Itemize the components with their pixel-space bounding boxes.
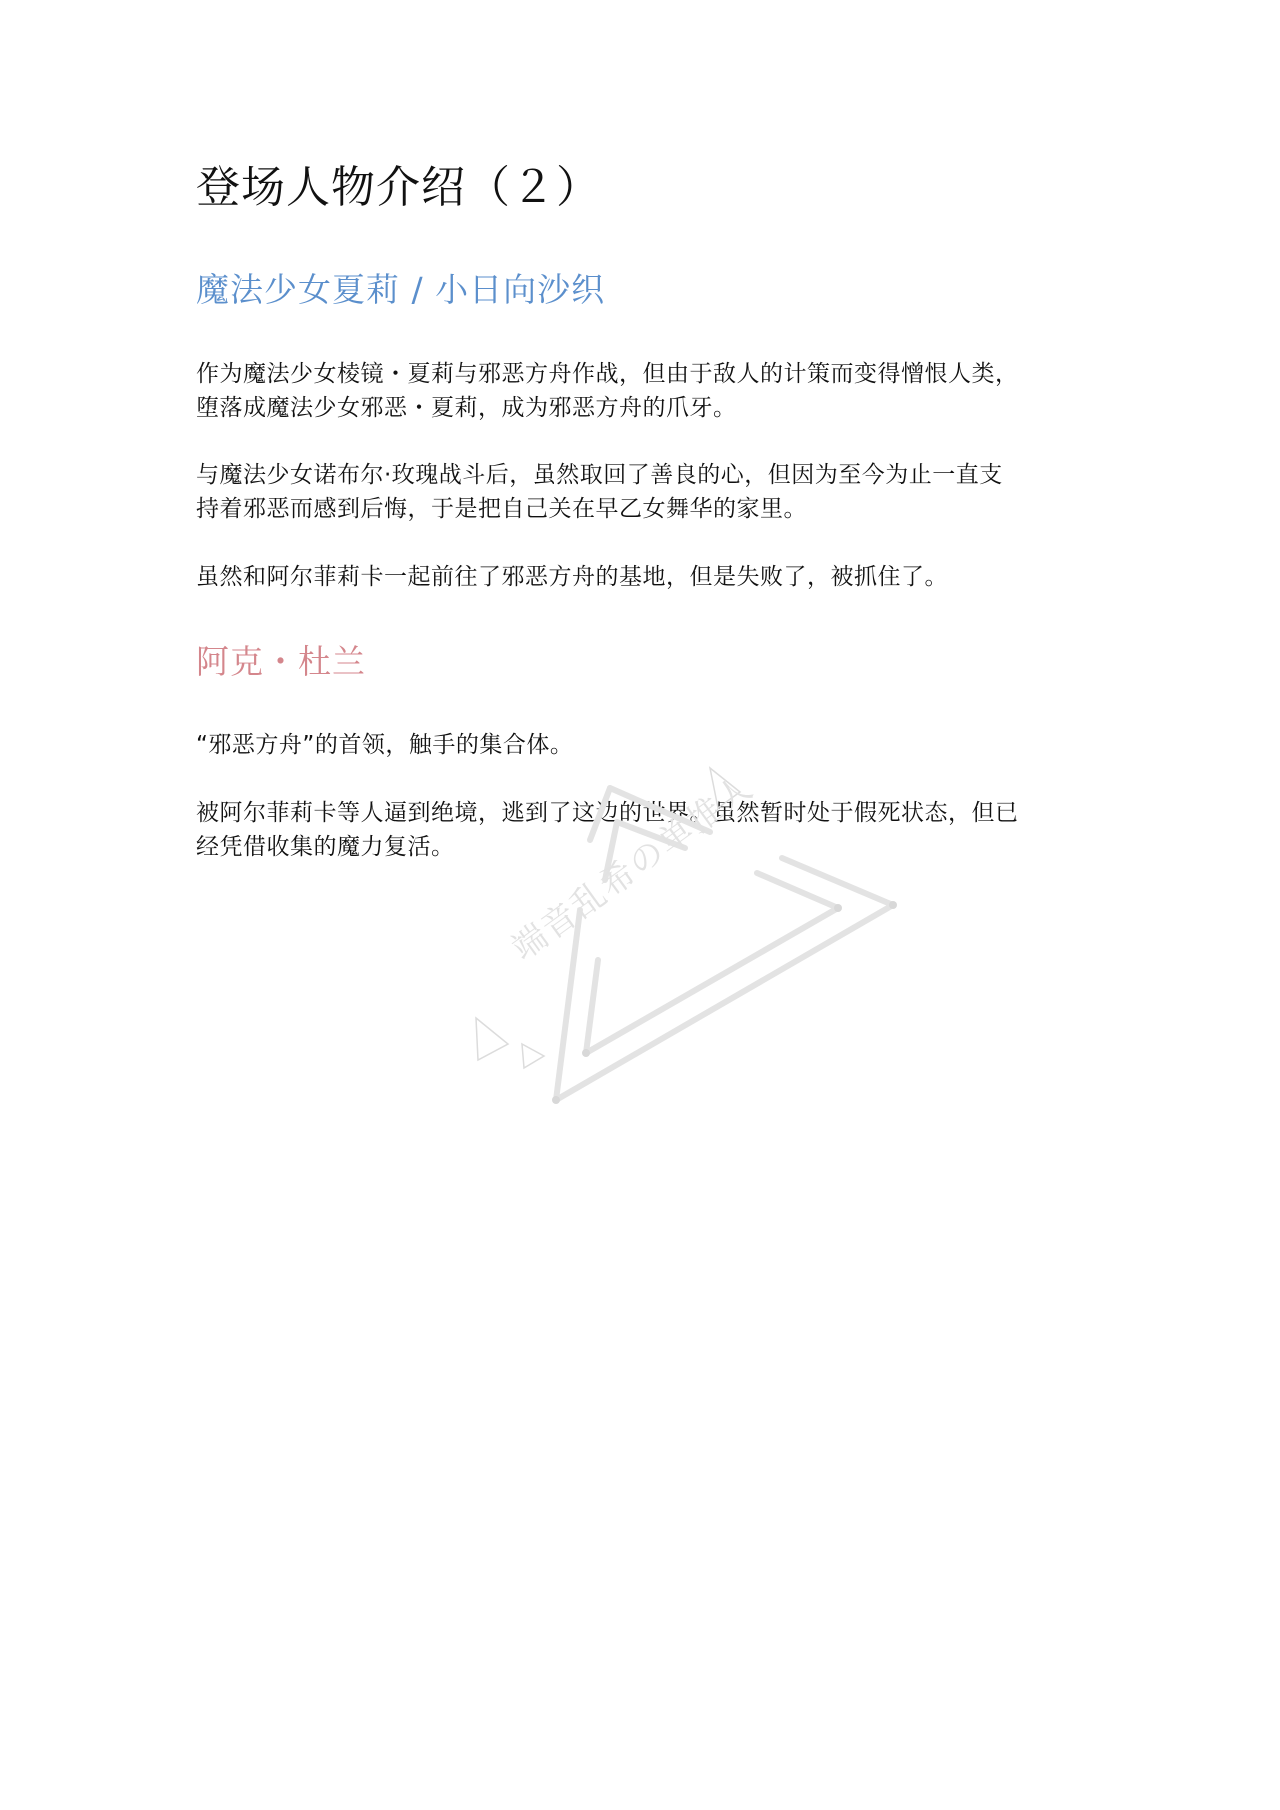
text-line: 持着邪恶而感到后悔，于是把自己关在早乙女舞华的家里。 [196, 492, 1096, 526]
paragraph-sharie-3: 虽然和阿尔菲莉卡一起前往了邪恶方舟的基地，但是失败了，被抓住了。 [196, 560, 1096, 594]
paragraph-ark-duran-1: “邪恶方舟”的首领，触手的集合体。 [196, 728, 1096, 762]
text-line: 作为魔法少女棱镜・夏莉与邪恶方舟作战，但由于敌人的计策而变得憎恨人类， [196, 357, 1096, 391]
document-page: 登场人物介绍（２） 魔法少女夏莉 / 小日向沙织 作为魔法少女棱镜・夏莉与邪恶方… [0, 0, 1280, 1810]
section-heading-sharie: 魔法少女夏莉 / 小日向沙织 [196, 268, 605, 312]
paragraph-ark-duran-2: 被阿尔菲莉卡等人逼到绝境，逃到了这边的世界。虽然暂时处于假死状态，但已 经凭借收… [196, 796, 1096, 864]
paragraph-sharie-2: 与魔法少女诺布尔·玫瑰战斗后，虽然取回了善良的心，但因为至今为止一直支 持着邪恶… [196, 458, 1096, 526]
text-line: “邪恶方舟”的首领，触手的集合体。 [196, 728, 1096, 762]
text-line: 堕落成魔法少女邪恶・夏莉，成为邪恶方舟的爪牙。 [196, 391, 1096, 425]
paragraph-sharie-1: 作为魔法少女棱镜・夏莉与邪恶方舟作战，但由于敌人的计策而变得憎恨人类， 堕落成魔… [196, 357, 1096, 425]
text-line: 被阿尔菲莉卡等人逼到绝境，逃到了这边的世界。虽然暂时处于假死状态，但已 [196, 796, 1096, 830]
text-line: 经凭借收集的魔力复活。 [196, 830, 1096, 864]
watermark-text: 端音乱希の单推人 [500, 761, 762, 970]
page-title: 登场人物介绍（２） [196, 160, 601, 216]
text-line: 虽然和阿尔菲莉卡一起前往了邪恶方舟的基地，但是失败了，被抓住了。 [196, 560, 1096, 594]
section-heading-ark-duran: 阿克・杜兰 [196, 640, 366, 684]
text-line: 与魔法少女诺布尔·玫瑰战斗后，虽然取回了善良的心，但因为至今为止一直支 [196, 458, 1096, 492]
